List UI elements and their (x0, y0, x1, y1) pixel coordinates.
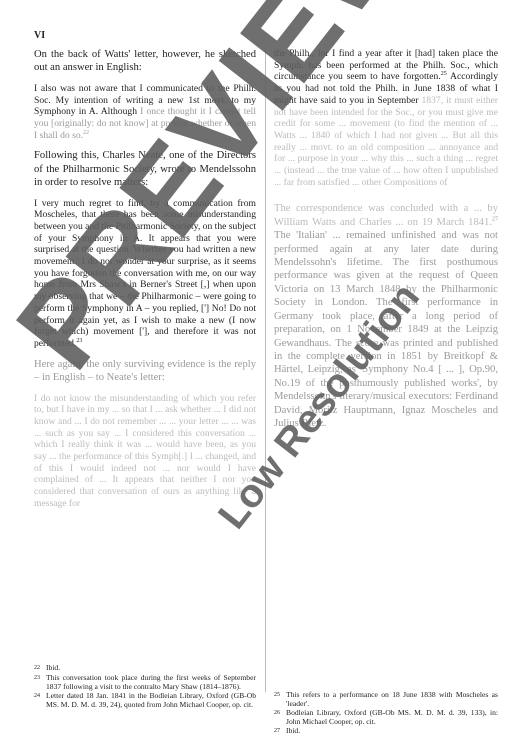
footnote-number: 25 (274, 690, 286, 708)
footnote-text: This conversation took place during the … (46, 673, 256, 691)
quote-text-faded: 1837, it must either not have been inten… (274, 95, 498, 188)
left-column: On the back of Watts' letter, however, h… (34, 48, 256, 518)
column-divider (265, 50, 266, 692)
footnote-ref: 23 (76, 338, 82, 344)
footnote-text: Letter dated 18 Jan. 1841 in the Bodleia… (46, 691, 256, 709)
footnote-text: Ibid. (286, 726, 498, 736)
footnotes-left: 22Ibid. 23This conversation took place d… (34, 663, 256, 709)
footnote: 26Bodleian Library, Oxford (GB-Ob MS. M.… (274, 708, 498, 726)
narrative-paragraph: The correspondence was concluded with a … (274, 202, 498, 430)
footnote-number: 22 (34, 663, 46, 673)
footnote-number: 24 (34, 691, 46, 709)
footnote-text: Bodleian Library, Oxford (GB-Ob MS. M. D… (286, 708, 498, 726)
footnote: 24Letter dated 18 Jan. 1841 in the Bodle… (34, 691, 256, 709)
narr-text-faded: The correspondence was concluded with a … (274, 203, 498, 227)
footnote: 22Ibid. (34, 663, 256, 673)
quoted-letter: I do not know the misunderstanding of wh… (34, 393, 256, 510)
narrative-paragraph: On the back of Watts' letter, however, h… (34, 48, 256, 75)
footnote-text: Ibid. (46, 663, 256, 673)
footnote: 25This refers to a performance on 18 Jun… (274, 690, 498, 708)
footnote-number: 23 (34, 673, 46, 691)
footnote: 27Ibid. (274, 726, 498, 736)
quoted-letter: I also was not aware that I communicated… (34, 83, 256, 142)
footnote-ref: 27 (492, 216, 498, 222)
narr-text: The 'Italian' ... remained unfinished an… (274, 230, 498, 429)
footnote: 23This conversation took place during th… (34, 673, 256, 691)
footnote-text: This refers to a performance on 18 June … (286, 690, 498, 708)
footnotes-right: 25This refers to a performance on 18 Jun… (274, 690, 498, 736)
right-column: the Philh., for I find a year after it [… (274, 48, 498, 438)
page-number: VI (34, 30, 45, 41)
narrative-paragraph: Following this, Charles Neate, one of th… (34, 149, 256, 189)
narrative-paragraph: Here again, the only surviving evidence … (34, 358, 256, 385)
footnote-number: 27 (274, 726, 286, 736)
quoted-letter-continued: the Philh., for I find a year after it [… (274, 48, 498, 188)
footnote-ref: 22 (83, 129, 89, 135)
footnote-number: 26 (274, 708, 286, 726)
quote-text: I very much regret to find, by a communi… (34, 198, 256, 349)
quoted-letter: I very much regret to find, by a communi… (34, 198, 256, 350)
